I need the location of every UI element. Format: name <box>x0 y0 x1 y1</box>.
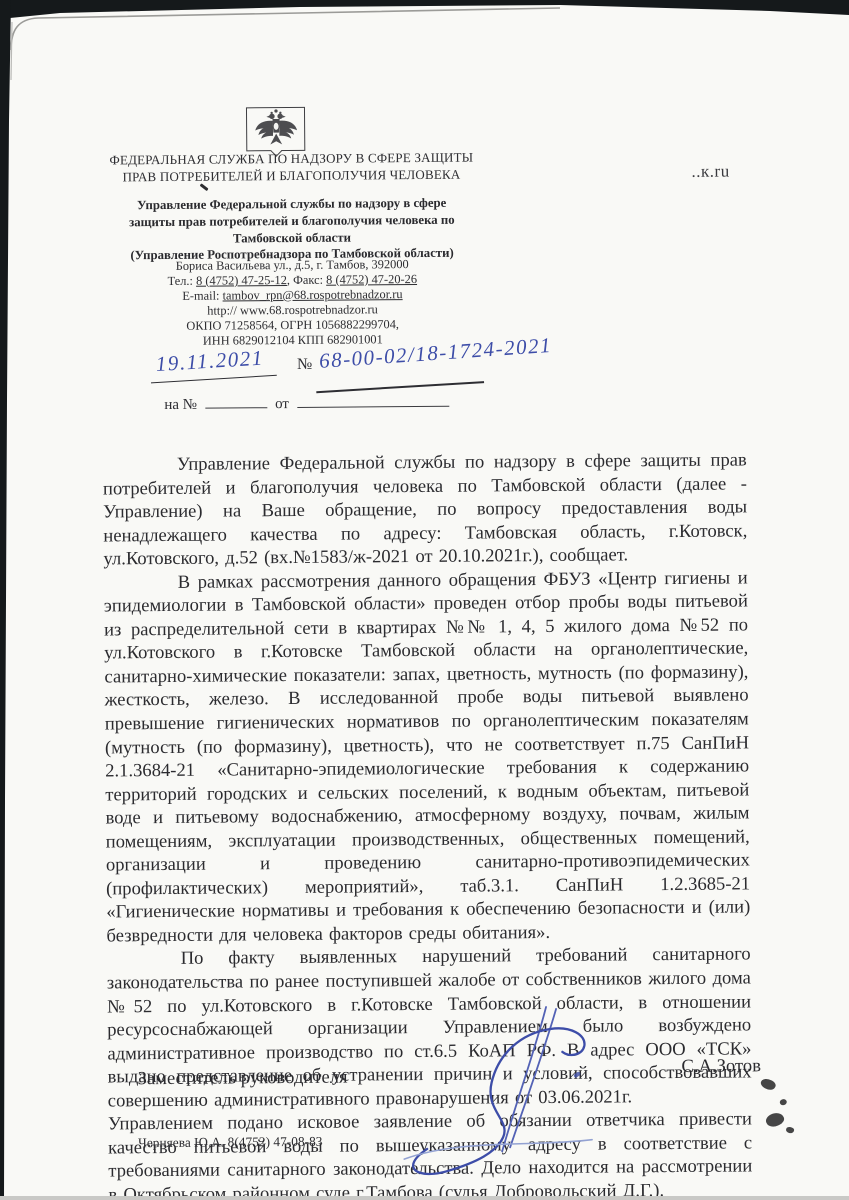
signer-position: Заместитель руководителя <box>138 1067 348 1091</box>
email-address: tambov_rpn@68.rospotrebnadzor.ru <box>222 287 402 302</box>
stamp-smudge <box>779 1099 787 1106</box>
department-line2: защиты прав потребителей и благополучия … <box>107 211 477 231</box>
email-label: E-mail: <box>182 288 222 302</box>
reply-prefix: на № <box>164 397 197 413</box>
fax-label: , Факс: <box>287 273 326 287</box>
stamp-smudge <box>759 1076 777 1092</box>
ink-signature <box>389 990 633 1187</box>
page-content: ФЕДЕРАЛЬНАЯ СЛУЖБА ПО НАДЗОРУ В СФЕРЕ ЗА… <box>0 0 849 1200</box>
reply-number-blank <box>205 393 267 408</box>
agency-name: ФЕДЕРАЛЬНАЯ СЛУЖБА ПО НАДЗОРУ В СФЕРЕ ЗА… <box>96 149 486 185</box>
number-sign: № <box>297 356 312 374</box>
stamp-smudge <box>764 1110 786 1129</box>
phone-label: Тел.: <box>168 274 197 288</box>
handwritten-date: 19.11.2021 <box>149 345 277 384</box>
body-paragraph-1: Управление Федеральной службы по надзору… <box>103 448 748 571</box>
reply-date-blank <box>297 392 449 408</box>
double-headed-eagle-icon <box>248 108 302 148</box>
body-paragraph-2: В рамках рассмотрения данного обращения … <box>104 566 751 948</box>
email-line: E-mail: tambov_rpn@68.rospotrebnadzor.ru <box>137 287 447 304</box>
watermark-fragment: ..к.ru <box>691 162 729 182</box>
executor-contact: Черняева Ю.А. 8(4752) 47-08-83 <box>138 1134 322 1151</box>
scanned-letter-page: ФЕДЕРАЛЬНАЯ СЛУЖБА ПО НАДЗОРУ В СФЕРЕ ЗА… <box>0 0 849 1200</box>
agency-name-line2: ПРАВ ПОТРЕБИТЕЛЕЙ И БЛАГОПОЛУЧИЯ ЧЕЛОВЕК… <box>96 166 486 186</box>
fax-number: 8 (4752) 47-20-26 <box>326 272 417 287</box>
department-name: Управление Федеральной службы по надзору… <box>107 195 478 265</box>
reply-reference-line: на №от <box>164 392 449 416</box>
reply-from-label: от <box>275 396 289 412</box>
stamp-smudge <box>785 1126 794 1134</box>
number-underline <box>316 381 484 393</box>
signer-name: С.А.Зотов <box>681 1055 761 1078</box>
contact-block: Бориса Васильева ул., д.5, г. Тамбов, 39… <box>137 257 448 349</box>
phone-number: 8 (4752) 47-25-12 <box>196 273 287 288</box>
coat-of-arms-frame <box>246 107 305 151</box>
